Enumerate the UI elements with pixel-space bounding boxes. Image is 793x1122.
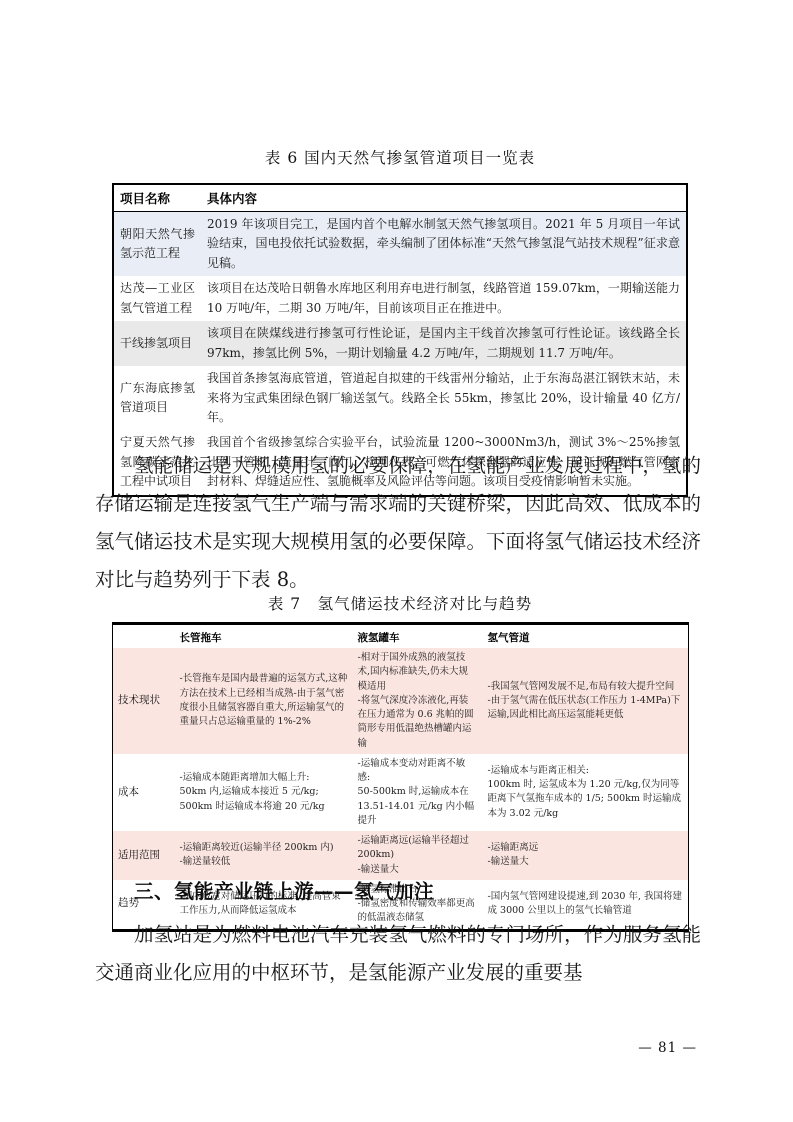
table7-header-tube-trailer: 长管拖车 — [175, 624, 353, 649]
project-name: 朝阳天然气掺氢示范工程 — [113, 212, 201, 277]
table7-header-pipeline: 氢气管道 — [483, 624, 689, 649]
section-heading-refueling: 三、氢能产业链上游——氢气加注 — [95, 876, 701, 904]
table-row-tech-status: 技术现状 -长管拖车是国内最普遍的运氢方式,这种方法在技术上已经相当成熟-由于氢… — [113, 648, 689, 754]
cell-pipeline: -运输距离远 -输送量大 — [483, 831, 689, 880]
table6-caption: 表 6 国内天然气掺氢管道项目一览表 — [112, 146, 688, 168]
project-detail: 该项目在陕煤线进行掺氢可行性论证，是国内主干线首次掺氢可行性论证。该线路全长 9… — [201, 321, 687, 366]
cell-pipeline: -运输成本与距离正相关: 100km 时, 运氢成本为 1.20 元/kg,仅为… — [483, 754, 689, 831]
table7-header-blank — [113, 624, 175, 649]
table-row: 广东海底掺氢管道项目 我国首条掺氢海底管道，管道起自拟建的干线雷州分输站，止于东… — [113, 366, 687, 430]
cell-tube-trailer: -运输距离较近(运输半径 200km 内) -输送量较低 — [175, 831, 353, 880]
table7-caption: 表 7 氢气储运技术经济对比与趋势 — [112, 592, 688, 614]
table6-header-detail: 具体内容 — [201, 184, 687, 212]
cell-liquid-tanker: -相对于国外成熟的液氢技术,国内标准缺失,仍未大规模适用 -将氢气深度冷冻液化,… — [353, 648, 483, 754]
table-row: 达茂—工业区氢气管道工程 该项目在达茂哈日朝鲁水库地区利用弃电进行制氢，线路管道… — [113, 276, 687, 321]
row-label: 适用范围 — [113, 831, 175, 880]
cell-liquid-tanker: -运输距离远(运输半径超过 200km) -输送量大 — [353, 831, 483, 880]
table7-header-row: 长管拖车 液氢罐车 氢气管道 — [113, 624, 689, 649]
table-row-applicable-range: 适用范围 -运输距离较近(运输半径 200km 内) -输送量较低 -运输距离远… — [113, 831, 689, 880]
page-number: — 81 — — [638, 1040, 697, 1056]
row-label: 成本 — [113, 754, 175, 831]
row-label: 技术现状 — [113, 648, 175, 754]
project-name: 干线掺氢项目 — [113, 321, 201, 366]
table-row: 朝阳天然气掺氢示范工程 2019 年该项目完工，是国内首个电解水制氢天然气掺氢项… — [113, 212, 687, 277]
table6-header-row: 项目名称 具体内容 — [113, 184, 687, 212]
cell-tube-trailer: -运输成本随距离增加大幅上升: 50km 内,运输成本接近 5 元/kg; 50… — [175, 754, 353, 831]
project-detail: 我国首条掺氢海底管道，管道起自拟建的干线雷州分输站，止于东海岛湛江钢铁末站，未来… — [201, 366, 687, 430]
table-row: 干线掺氢项目 该项目在陕煤线进行掺氢可行性论证，是国内主干线首次掺氢可行性论证。… — [113, 321, 687, 366]
project-detail: 该项目在达茂哈日朝鲁水库地区利用弃电进行制氢，线路管道 159.07km，一期输… — [201, 276, 687, 321]
cell-liquid-tanker: -运输成本变动对距离不敏感: 50-500km 时,运输成本在 13.51-14… — [353, 754, 483, 831]
paragraph-hydrogen-storage: 氢能储运是大规模用氢的必要保障，在氢能产业发展过程中，氢的存储运输是连接氢气生产… — [95, 447, 701, 599]
paragraph-refueling-station: 加氢站是为燃料电池汽车充装氢气燃料的专门场所，作为服务氢能交通商业化应用的中枢环… — [95, 916, 701, 992]
table-row-cost: 成本 -运输成本随距离增加大幅上升: 50km 内,运输成本接近 5 元/kg;… — [113, 754, 689, 831]
cell-tube-trailer: -长管拖车是国内最普遍的运氢方式,这种方法在技术上已经相当成熟-由于氢气密度很小… — [175, 648, 353, 754]
project-name: 达茂—工业区氢气管道工程 — [113, 276, 201, 321]
project-detail: 2019 年该项目完工，是国内首个电解水制氢天然气掺氢项目。2021 年 5 月… — [201, 212, 687, 277]
table6-header-project-name: 项目名称 — [113, 184, 201, 212]
project-name: 广东海底掺氢管道项目 — [113, 366, 201, 430]
table7-header-liquid-tanker: 液氢罐车 — [353, 624, 483, 649]
cell-pipeline: -我国氢气管网发展不足,布局有较大提升空间 -由于氢气需在低压状态(工作压力 1… — [483, 648, 689, 754]
document-page: 表 6 国内天然气掺氢管道项目一览表 项目名称 具体内容 朝阳天然气掺氢示范工程… — [0, 0, 793, 1122]
